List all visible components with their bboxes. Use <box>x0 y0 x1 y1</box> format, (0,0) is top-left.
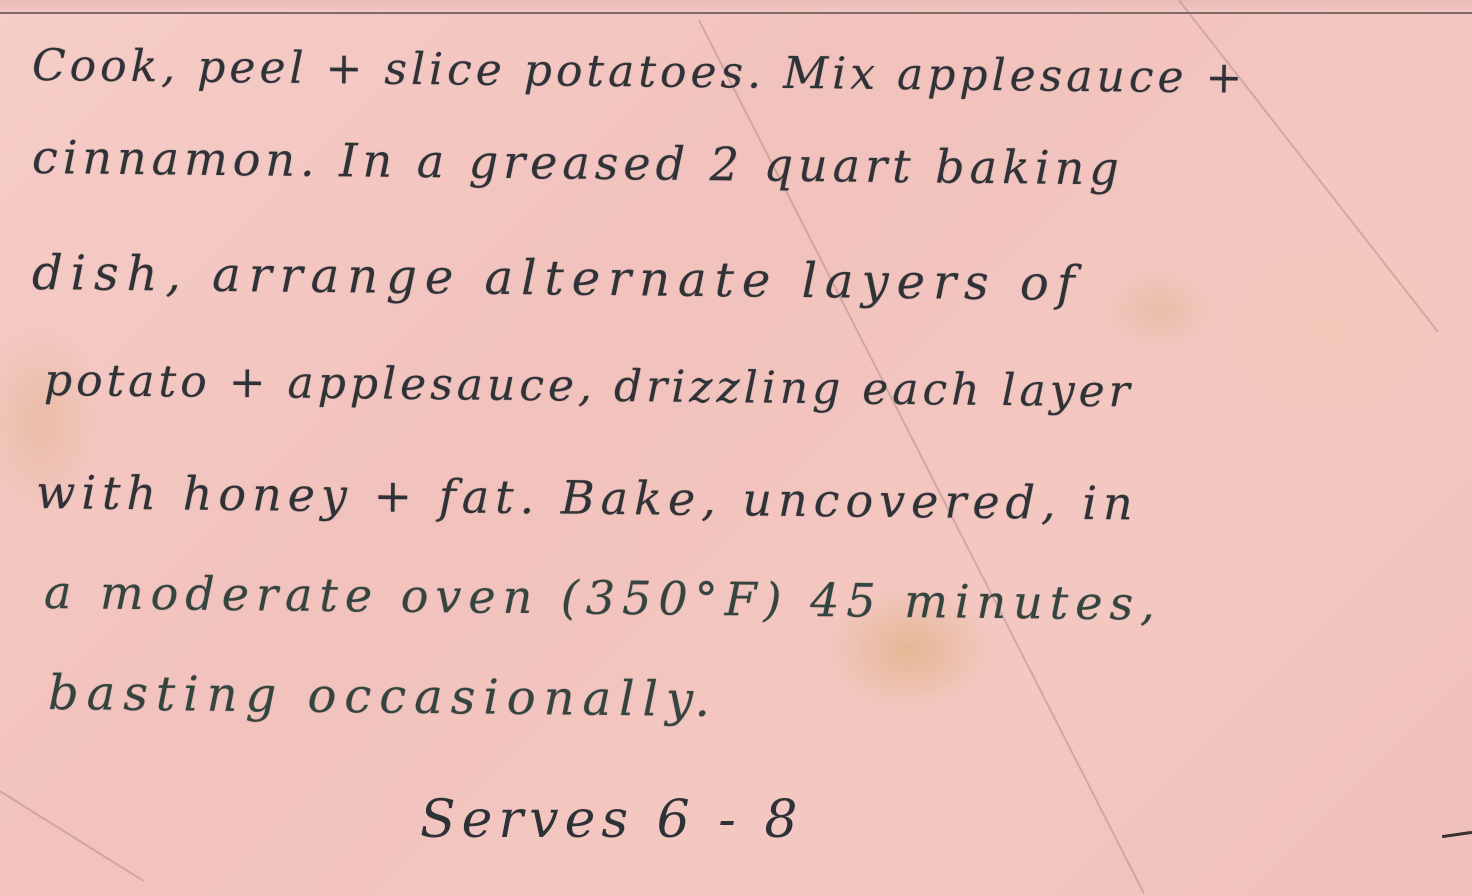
recipe-line-1: Cook, peel + slice potatoes. Mix applesa… <box>32 40 1247 104</box>
recipe-line-4: potato + applesauce, drizzling each laye… <box>44 355 1134 417</box>
recipe-line-2: cinnamon. In a greased 2 quart baking <box>32 130 1124 195</box>
serves-note: Serves 6 - 8 <box>420 790 803 850</box>
recipe-line-7: basting occasionally. <box>48 665 718 728</box>
handwritten-recipe: Cook, peel + slice potatoes. Mix applesa… <box>0 0 1472 896</box>
recipe-line-3: dish, arrange alternate layers of <box>32 245 1083 312</box>
recipe-card: Cook, peel + slice potatoes. Mix applesa… <box>0 0 1472 896</box>
recipe-line-5: with honey + fat. Bake, uncovered, in <box>36 465 1139 531</box>
recipe-line-6: a moderate oven (350°F) 45 minutes, <box>44 565 1162 631</box>
